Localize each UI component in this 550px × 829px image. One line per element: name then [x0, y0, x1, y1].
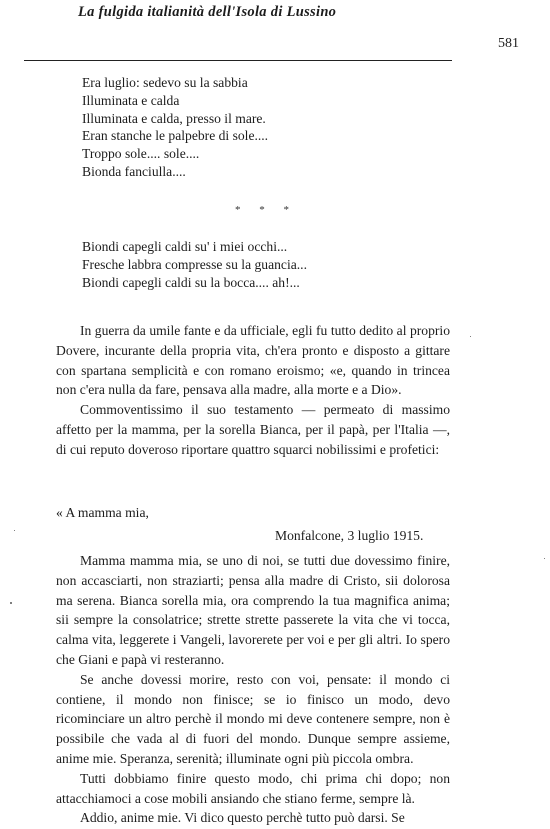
poem-line: Eran stanche le palpebre di sole....	[82, 127, 268, 145]
letter-paragraph: Se anche dovessi morire, resto con voi, …	[56, 670, 450, 769]
header-rule	[24, 60, 452, 61]
book-page: La fulgida italianità dell'Isola di Luss…	[0, 0, 550, 829]
page-number: 581	[498, 36, 519, 52]
letter-salutation: « A mamma mia,	[56, 505, 149, 521]
poem-line: Biondi capegli caldi su la bocca.... ah!…	[82, 274, 307, 292]
letter-paragraph: Mamma mamma mia, se uno di noi, se tutti…	[56, 551, 450, 670]
poem-line: Bionda fanciulla....	[82, 163, 268, 181]
paragraph: Commoventissimo il suo testamento — perm…	[56, 400, 450, 459]
poem-stanza-1: Era luglio: sedevo su la sabbia Illumina…	[82, 74, 268, 181]
scan-speck	[14, 530, 15, 531]
running-title: La fulgida italianità dell'Isola di Luss…	[78, 4, 336, 21]
poem-line: Illuminata e calda	[82, 92, 268, 110]
poem-stanza-2: Biondi capegli caldi su' i miei occhi...…	[82, 238, 307, 291]
poem-line: Troppo sole.... sole....	[82, 145, 268, 163]
section-asterism: * * *	[235, 204, 297, 216]
letter-paragraph: Tutti dobbiamo finire questo modo, chi p…	[56, 769, 450, 809]
letter-body: Mamma mamma mia, se uno di noi, se tutti…	[56, 551, 450, 828]
letter-paragraph: Addio, anime mie. Vi dico questo perchè …	[56, 808, 450, 828]
poem-line: Biondi capegli caldi su' i miei occhi...	[82, 238, 307, 256]
poem-line: Era luglio: sedevo su la sabbia	[82, 74, 268, 92]
letter-dateline: Monfalcone, 3 luglio 1915.	[275, 528, 423, 544]
prose-section: In guerra da umile fante e da ufficiale,…	[56, 321, 450, 460]
scan-speck	[470, 336, 471, 337]
scan-speck	[544, 558, 545, 559]
scan-speck	[10, 602, 12, 604]
poem-line: Illuminata e calda, presso il mare.	[82, 110, 268, 128]
paragraph: In guerra da umile fante e da ufficiale,…	[56, 321, 450, 400]
poem-line: Fresche labbra compresse su la guancia..…	[82, 256, 307, 274]
